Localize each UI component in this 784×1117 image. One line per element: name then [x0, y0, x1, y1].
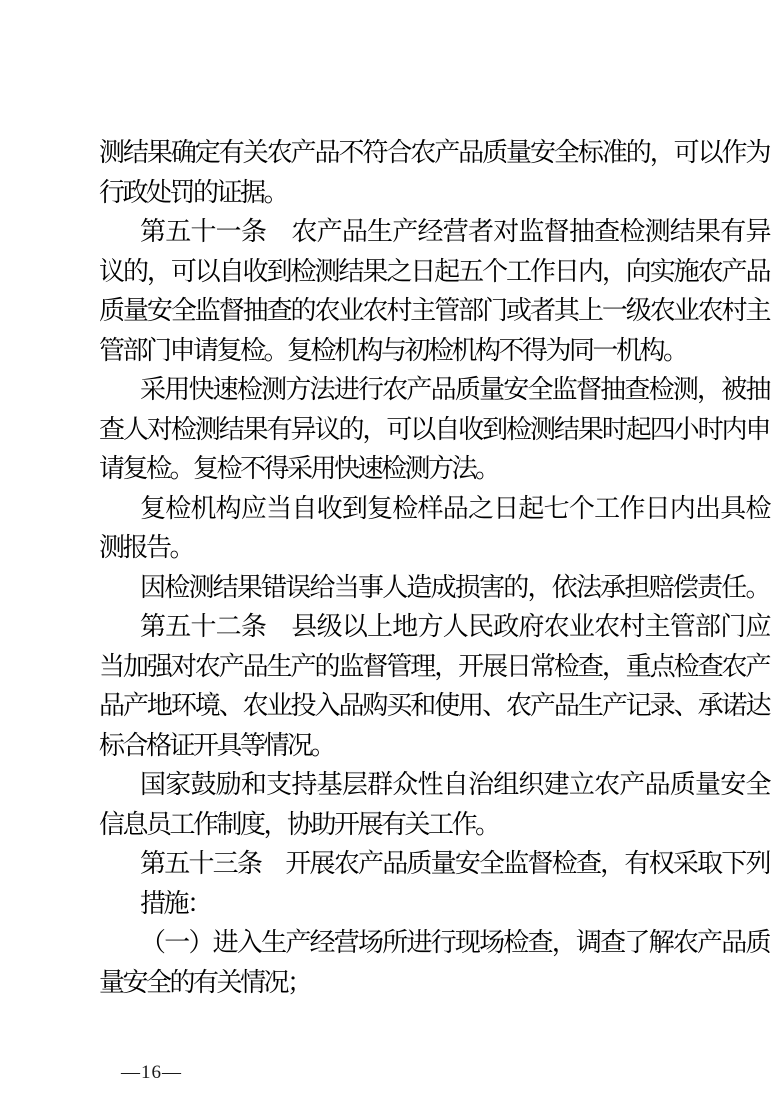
text-line: 议的，可以自收到检测结果之日起五个工作日内，向实施农产品 [99, 252, 769, 292]
text-line: 因检测结果错误给当事人造成损害的，依法承担赔偿责任。 [99, 568, 769, 608]
text-line: 管部门申请复检。复检机构与初检机构不得为同一机构。 [99, 331, 769, 371]
text-line: 第五十一条 农产品生产经营者对监督抽查检测结果有异 [99, 212, 769, 252]
text-line: 测报告。 [99, 528, 769, 568]
text-line: 测结果确定有关农产品不符合农产品质量安全标准的，可以作为 [99, 133, 769, 173]
text-line: 请复检。复检不得采用快速检测方法。 [99, 449, 769, 489]
text-line: 质量安全监督抽查的农业农村主管部门或者其上一级农业农村主 [99, 291, 769, 331]
body-text: 测结果确定有关农产品不符合农产品质量安全标准的，可以作为行政处罚的证据。第五十一… [99, 133, 769, 1002]
text-line: （一）进入生产经营场所进行现场检查，调查了解农产品质 [99, 923, 769, 963]
text-line: 查人对检测结果有异议的，可以自收到检测结果时起四小时内申 [99, 410, 769, 450]
text-line: 第五十三条 开展农产品质量安全监督检查，有权采取下列 [99, 844, 769, 884]
text-line: 采用快速检测方法进行农产品质量安全监督抽查检测，被抽 [99, 370, 769, 410]
text-line: 第五十二条 县级以上地方人民政府农业农村主管部门应 [99, 607, 769, 647]
text-line: 信息员工作制度，协助开展有关工作。 [99, 805, 769, 845]
text-line: 标合格证开具等情况。 [99, 726, 769, 766]
text-line: 行政处罚的证据。 [99, 173, 769, 213]
text-line: 国家鼓励和支持基层群众性自治组织建立农产品质量安全 [99, 765, 769, 805]
page-number: —16— [121, 1060, 182, 1086]
text-line: 量安全的有关情况； [99, 963, 769, 1003]
text-line: 措施： [99, 884, 769, 924]
document-page: 测结果确定有关农产品不符合农产品质量安全标准的，可以作为行政处罚的证据。第五十一… [0, 0, 784, 1117]
text-line: 当加强对农产品生产的监督管理，开展日常检查，重点检查农产 [99, 647, 769, 687]
text-line: 品产地环境、农业投入品购买和使用、农产品生产记录、承诺达 [99, 686, 769, 726]
text-line: 复检机构应当自收到复检样品之日起七个工作日内出具检 [99, 489, 769, 529]
